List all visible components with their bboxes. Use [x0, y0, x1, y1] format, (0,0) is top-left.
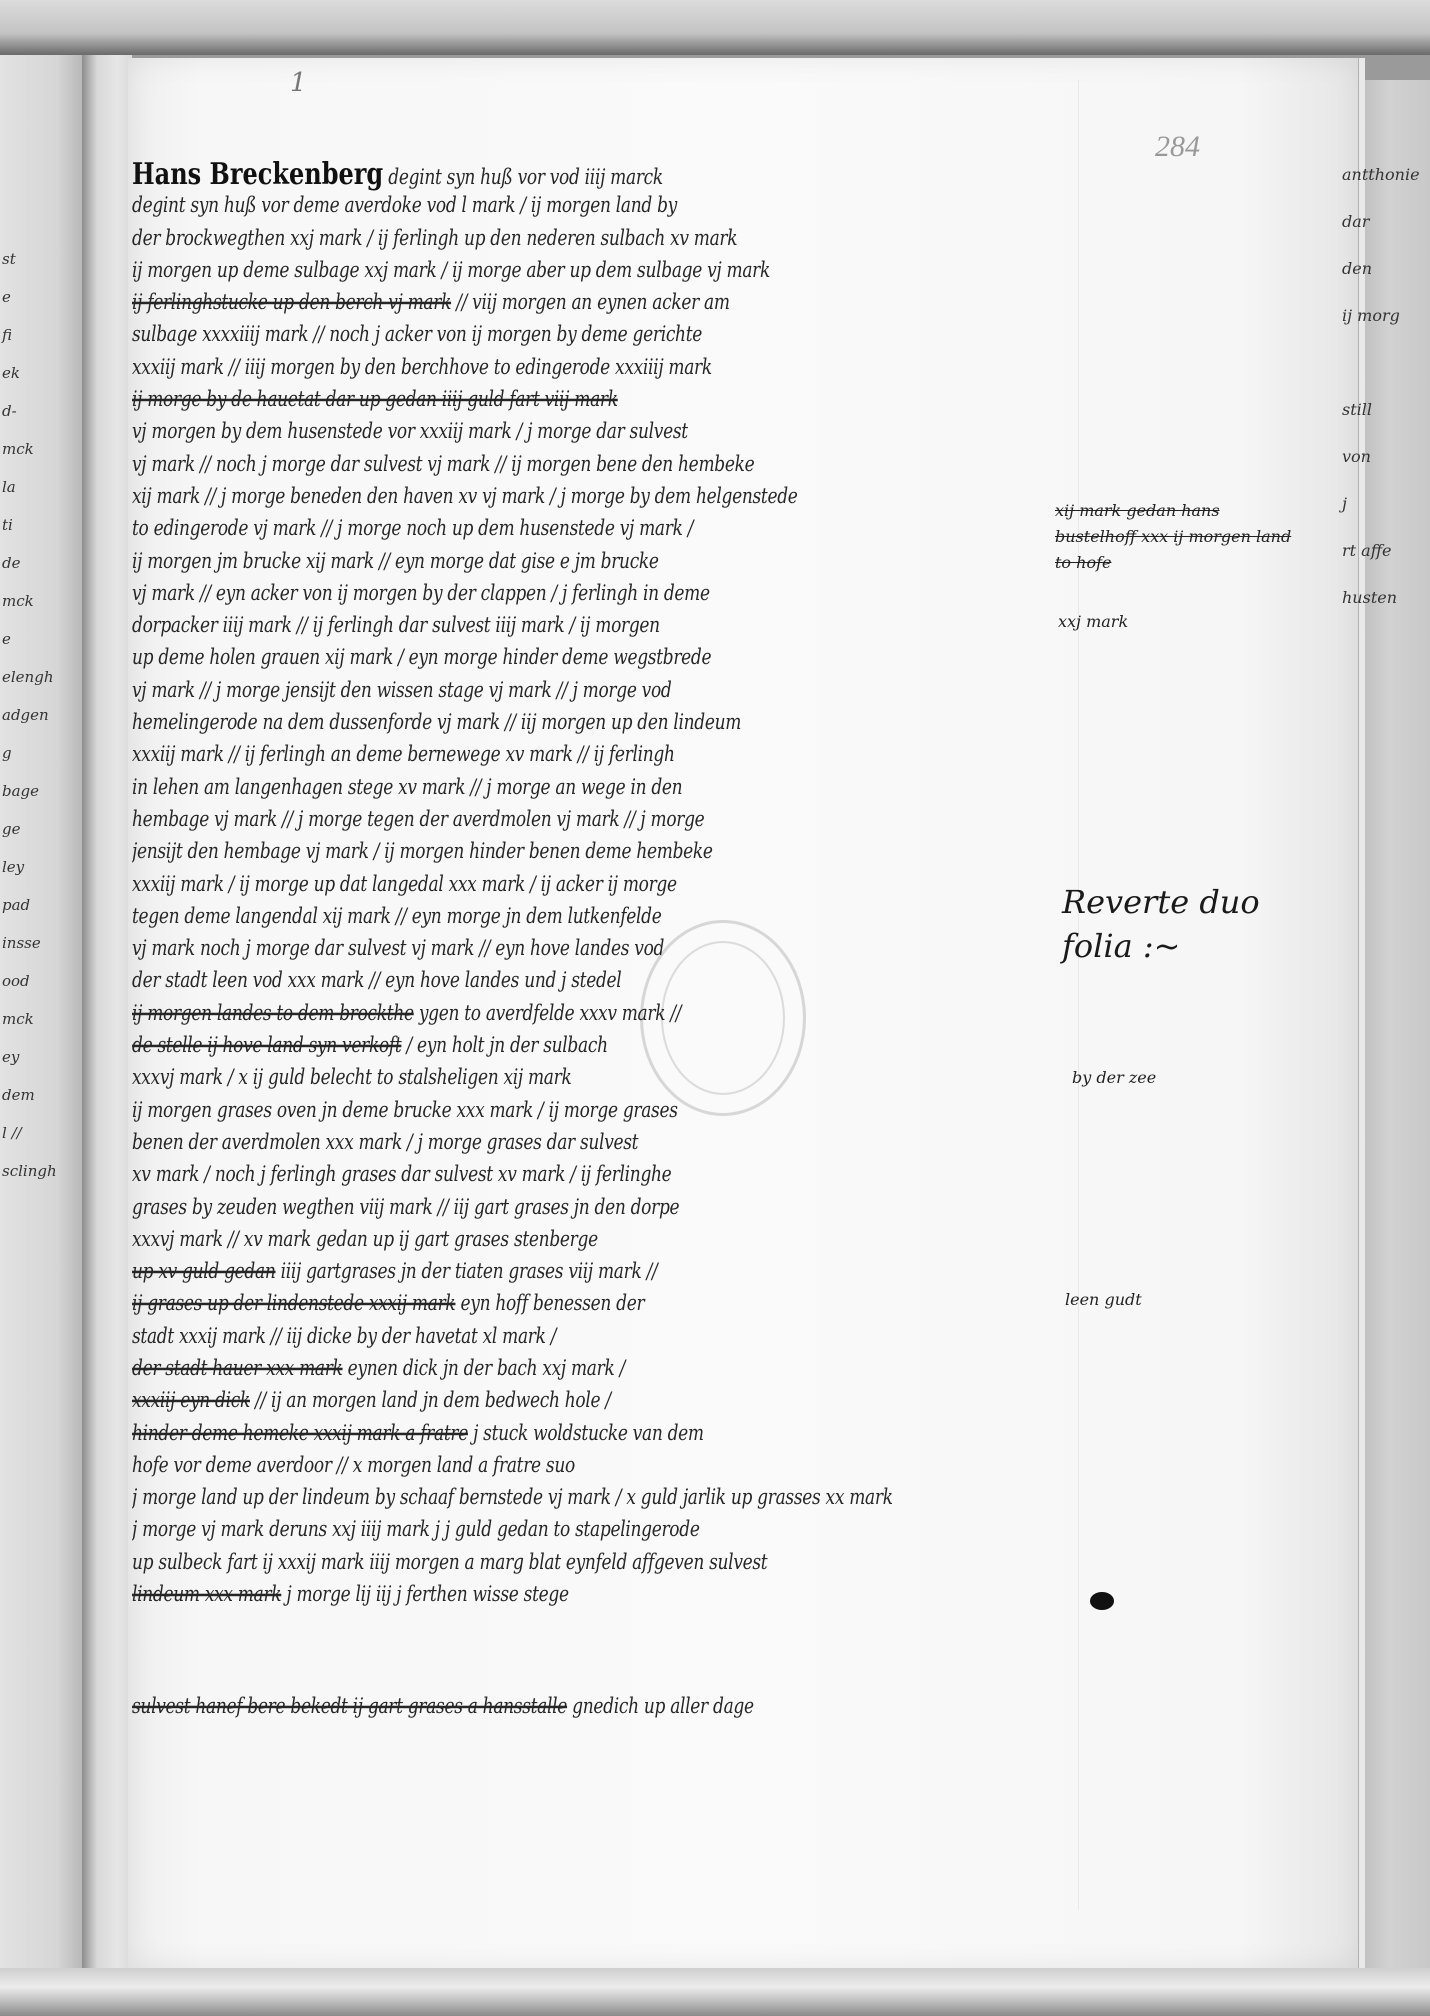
- left-leaf-line: e: [2, 630, 11, 648]
- left-leaf-line: sclingh: [2, 1162, 57, 1180]
- line-text: j morge vj mark deruns xxj iiij mark j j…: [132, 1518, 700, 1543]
- struck-text: ij grases up der lindenstede xxxij mark: [132, 1292, 455, 1317]
- left-leaf-line: l //: [2, 1124, 22, 1142]
- line-text: jensijt den hembage vj mark / ij morgen …: [132, 840, 713, 865]
- line-text: degint syn huß vor deme averdoke vod l m…: [132, 194, 677, 219]
- line-text: der brockwegthen xxj mark / ij ferlingh …: [132, 226, 737, 251]
- line-text: benen der averdmolen xxx mark / j morge …: [132, 1130, 638, 1155]
- scan-background-bottom: [0, 1968, 1430, 2016]
- line-text: ij morgen grases oven jn deme brucke xxx…: [132, 1098, 678, 1123]
- line-text: hembage vj mark // j morge tegen der ave…: [132, 807, 704, 832]
- left-leaf-line: e: [2, 288, 11, 306]
- folio-number: 284: [1155, 130, 1200, 164]
- left-leaf-line: la: [2, 478, 16, 496]
- struck-text: ij morge by de hauetat dar up gedan iiij…: [132, 388, 618, 413]
- margin-note-line: xij mark gedan hans: [1055, 498, 1291, 524]
- text-lines: degint syn huß vor deme averdoke vod l m…: [132, 190, 1062, 1611]
- line-text: j stuck woldstucke van dem: [473, 1421, 704, 1446]
- left-leaf-line: ley: [2, 858, 24, 876]
- left-leaf-line: ge: [2, 820, 20, 838]
- left-leaf-line: dem: [2, 1086, 35, 1104]
- right-leaf-line: ij morg: [1342, 306, 1400, 325]
- line-text: up deme holen grauen xij mark / eyn morg…: [132, 646, 711, 671]
- right-leaf-line: rt affe: [1342, 541, 1392, 560]
- right-leaf-line: husten: [1342, 588, 1397, 607]
- struck-text: ij ferlinghstucke up den berch vj mark: [132, 291, 451, 316]
- line-text: vj mark // noch j morge dar sulvest vj m…: [132, 452, 754, 477]
- line-text: vj mark noch j morge dar sulvest vj mark…: [132, 937, 664, 962]
- line-text: ij morgen up deme sulbage xxj mark / ij …: [132, 258, 770, 283]
- text-line-45: lindeum xxx mark j morge lij iij j ferth…: [132, 1575, 1062, 1615]
- page-edge: [1358, 58, 1365, 1968]
- margin-note-line: to hofe: [1055, 550, 1291, 576]
- right-leaf-line: von: [1342, 447, 1371, 466]
- left-leaf-line: de: [2, 554, 20, 572]
- struck-text: sulvest hanef bere bekedt ij gart grases…: [132, 1695, 567, 1720]
- margin-note-reverte: Reverte duo folia :~: [1062, 880, 1260, 968]
- book-gutter: [82, 55, 132, 1975]
- struck-text: ij morgen landes to dem brockthe: [132, 1001, 414, 1026]
- left-leaf-line: d-: [2, 402, 17, 420]
- left-leaf-line: mck: [2, 440, 34, 458]
- left-leaf-line: ey: [2, 1048, 19, 1066]
- right-leaf-line: antthonie: [1342, 165, 1420, 184]
- line-text: // ij an morgen land jn dem bedwech hole…: [255, 1389, 611, 1414]
- line-text: to edingerode vj mark // j morge noch up…: [132, 517, 693, 542]
- line-text: iiij gartgrases jn der tiaten grases vii…: [281, 1260, 658, 1285]
- margin-ruling: [1078, 80, 1079, 1910]
- right-leaf-line: j: [1342, 494, 1347, 513]
- line-text: hemelingerode na dem dussenforde vj mark…: [132, 711, 741, 736]
- struck-text: hinder deme hemeke xxxij mark a fratre: [132, 1421, 468, 1446]
- right-leaf-line: dar: [1342, 212, 1369, 231]
- line-text: xxxvj mark / x ij guld belecht to stalsh…: [132, 1066, 571, 1091]
- ink-blot: [1090, 1592, 1114, 1610]
- main-text-block: Hans Breckenberg degint syn huß vor vod …: [132, 158, 1062, 1724]
- line-text: // viij morgen an eynen acker am: [456, 291, 730, 316]
- right-underlying-page: [1362, 80, 1430, 1970]
- struck-text: lindeum xxx mark: [132, 1583, 281, 1608]
- right-leaf-line: den: [1342, 259, 1372, 278]
- margin-note-by-der-zee: by der zee: [1072, 1068, 1156, 1087]
- line-text: eyn hoff benessen der: [461, 1292, 645, 1317]
- line-text: vj mark // eyn acker von ij morgen by de…: [132, 581, 710, 606]
- struck-text: der stadt hauer xxx mark: [132, 1356, 343, 1381]
- left-leaf-line: ti: [2, 516, 13, 534]
- scan-background-top: [0, 0, 1430, 55]
- left-leaf-line: fi: [2, 326, 12, 344]
- line-text: ij morgen jm brucke xij mark // eyn morg…: [132, 549, 659, 574]
- left-leaf-line: st: [2, 250, 16, 268]
- line-text: vj mark // j morge jensijt den wissen st…: [132, 678, 672, 703]
- left-leaf-line: pad: [2, 896, 30, 914]
- line-text: sulbage xxxxiiij mark // noch j acker vo…: [132, 323, 702, 348]
- left-leaf-line: ood: [2, 972, 30, 990]
- footer-line: sulvest hanef bere bekedt ij gart grases…: [132, 1687, 1062, 1727]
- right-leaf-line: still: [1342, 400, 1372, 419]
- left-leaf-line: bage: [2, 782, 39, 800]
- left-leaf-line: elengh: [2, 668, 53, 686]
- line-text: tegen deme langendal xij mark // eyn mor…: [132, 904, 662, 929]
- blank-space: [132, 1611, 1062, 1691]
- line-text: in lehen am langenhagen stege xv mark //…: [132, 775, 682, 800]
- left-leaf-line: ek: [2, 364, 20, 382]
- line-text: j morge land up der lindeum by schaaf be…: [132, 1486, 893, 1511]
- left-leaf-line: mck: [2, 592, 34, 610]
- line-text: stadt xxxij mark // iij dicke by der hav…: [132, 1324, 556, 1349]
- line-text: gnedich up aller dage: [572, 1695, 754, 1720]
- line-text: xv mark / noch j ferlingh grases dar sul…: [132, 1163, 671, 1188]
- line-text: xxxvj mark // xv mark gedan up ij gart g…: [132, 1227, 598, 1252]
- line-text: hofe vor deme averdoor // x morgen land …: [132, 1453, 575, 1478]
- line-text: j morge lij iij j ferthen wisse stege: [286, 1583, 568, 1608]
- line-text: xij mark // j morge beneden den haven xv…: [132, 484, 798, 509]
- margin-note-mark: xxj mark: [1058, 612, 1128, 631]
- left-leaf-line: mck: [2, 1010, 34, 1028]
- line-text: xxxiij mark / ij morge up dat langedal x…: [132, 872, 677, 897]
- line-text: dorpacker iiij mark // ij ferlingh dar s…: [132, 614, 660, 639]
- struck-text: de stelle ij hove land syn verkoft: [132, 1033, 401, 1058]
- struck-text: xxxiij eyn dick: [132, 1389, 250, 1414]
- line-text: up sulbeck fart ij xxxij mark iiij morge…: [132, 1550, 767, 1575]
- reverte-line-1: Reverte duo: [1062, 880, 1260, 924]
- margin-note-struck: xij mark gedan hans bustelhoff xxx ij mo…: [1055, 498, 1291, 576]
- left-leaf-line: adgen: [2, 706, 49, 724]
- margin-note-line: bustelhoff xxx ij morgen land: [1055, 524, 1291, 550]
- left-leaf-line: insse: [2, 934, 41, 952]
- line-text: der stadt leen vod xxx mark // eyn hove …: [132, 969, 621, 994]
- folio-mark-top: 1: [290, 68, 307, 98]
- line-text: grases by zeuden wegthen viij mark // ii…: [132, 1195, 679, 1220]
- margin-note-leen-gudt: leen gudt: [1065, 1290, 1142, 1309]
- left-leaf-line: g: [2, 744, 12, 762]
- line-text: / eyn holt jn der sulbach: [407, 1033, 608, 1058]
- line-text: eynen dick jn der bach xxj mark /: [348, 1356, 625, 1381]
- line-text: vj morgen by dem husenstede vor xxxiij m…: [132, 420, 688, 445]
- line-text: xxxiij mark // ij ferlingh an deme berne…: [132, 743, 675, 768]
- line-text: xxxiij mark // iiij morgen by den berchh…: [132, 355, 712, 380]
- reverte-line-2: folia :~: [1062, 924, 1260, 968]
- line-text: ygen to averdfelde xxxv mark //: [419, 1001, 681, 1026]
- struck-text: up xv guld gedan: [132, 1260, 276, 1285]
